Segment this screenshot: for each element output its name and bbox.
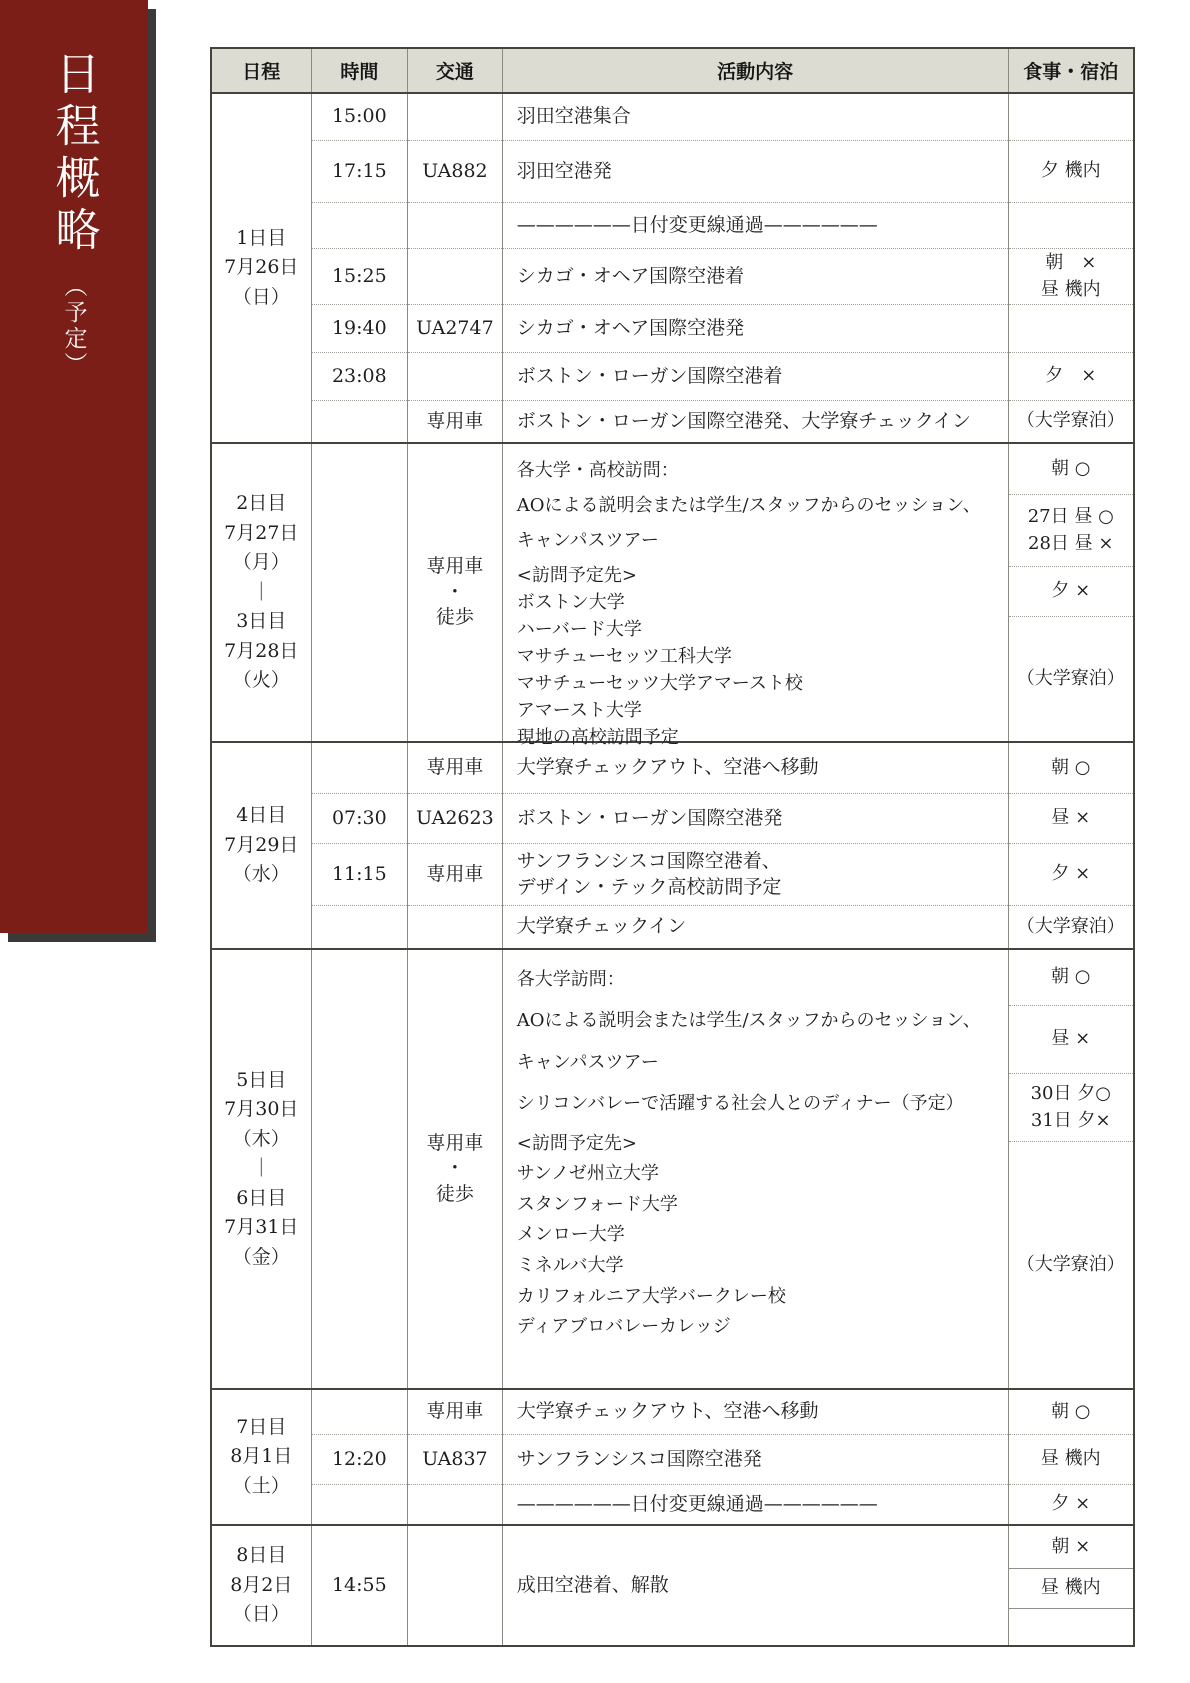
- date-column: 8日目 8月2日 （日）: [212, 1526, 312, 1645]
- document-page: 日程概略 （予定） 日程 時間 交通 活動内容 食事・宿泊 1日目 7月26日 …: [0, 0, 1190, 1683]
- activity-title: 各大学訪問：: [517, 959, 996, 1000]
- day-group-1: 1日目 7月26日 （日） 15:00 17:15 15:25 19:40 23…: [212, 94, 1133, 444]
- activity-cell: シカゴ・オヘア国際空港着: [503, 248, 1008, 304]
- time-cell: [312, 1484, 408, 1524]
- activity-column: 羽田空港集合 羽田空港発 ——————日付変更線通過—————— シカゴ・オヘア…: [503, 94, 1009, 442]
- transport-column: UA882 UA2747 専用車: [408, 94, 503, 442]
- activity-column: 大学寮チェックアウト、空港へ移動 サンフランシスコ国際空港発 ——————日付変…: [503, 1390, 1009, 1524]
- activity-cell: 成田空港着、解散: [503, 1526, 1008, 1645]
- time-cell: 07:30: [312, 793, 408, 843]
- transport-cell: [408, 202, 502, 248]
- activity-visit-list: <訪問予定先> サンノゼ州立大学 スタンフォード大学 メンロー大学 ミネルバ大学…: [517, 1129, 996, 1343]
- transport-column: 専用車 ・ 徒歩: [408, 950, 503, 1388]
- transport-cell: [408, 1484, 502, 1524]
- date-column: 5日目 7月30日 （木） ｜ 6日目 7月31日 （金）: [212, 950, 312, 1388]
- date-column: 7日目 8月1日 （土）: [212, 1390, 312, 1524]
- sidebar-banner: 日程概略 （予定）: [0, 0, 148, 933]
- activity-title: 各大学・高校訪問：: [517, 453, 996, 488]
- time-cell: [312, 202, 408, 248]
- meal-cell: 昼 ×: [1009, 793, 1133, 843]
- date-cell: 8日目 8月2日 （日）: [212, 1526, 311, 1645]
- lodging-cell: （大学寮泊）: [1009, 1141, 1133, 1388]
- transport-cell: UA882: [408, 140, 502, 202]
- activity-column: 各大学・高校訪問： AOによる説明会または学生/スタッフからのセッション、キャン…: [503, 444, 1009, 741]
- lodging-cell: （大学寮泊）: [1009, 905, 1133, 948]
- page-title: 日程概略: [42, 50, 107, 258]
- header-activity: 活動内容: [503, 49, 1009, 92]
- meal-cell: 朝 ○: [1009, 444, 1133, 494]
- transport-cell: 専用車 ・ 徒歩: [408, 444, 502, 741]
- date-cell: 2日目 7月27日 （月） ｜ 3日目 7月28日 （火）: [212, 444, 311, 741]
- meal-cell: 昼 機内: [1009, 1434, 1133, 1484]
- activity-cell: サンフランシスコ国際空港発: [503, 1434, 1008, 1484]
- time-cell: 14:55: [312, 1526, 408, 1645]
- activity-cell: 大学寮チェックアウト、空港へ移動: [503, 743, 1008, 793]
- transport-cell: [408, 905, 502, 948]
- time-cell: 12:20: [312, 1434, 408, 1484]
- transport-cell: UA2747: [408, 304, 502, 352]
- meal-cell: [1009, 1608, 1133, 1645]
- meal-cell: 昼 機内: [1009, 1568, 1133, 1608]
- time-cell: 15:25: [312, 248, 408, 304]
- transport-cell: [408, 352, 502, 400]
- transport-cell: 専用車: [408, 1390, 502, 1434]
- activity-column: 成田空港着、解散: [503, 1526, 1009, 1645]
- itinerary-table: 日程 時間 交通 活動内容 食事・宿泊 1日目 7月26日 （日） 15:00 …: [210, 47, 1135, 1647]
- time-column: 14:55: [312, 1526, 409, 1645]
- activity-description: AOによる説明会または学生/スタッフからのセッション、キャンパスツアー: [517, 1000, 996, 1083]
- day-group-4: 4日目 7月29日 （水） 07:30 11:15 専用車 UA2623 専用車…: [212, 743, 1133, 950]
- activity-cell: 羽田空港発: [503, 140, 1008, 202]
- activity-cell: 羽田空港集合: [503, 94, 1008, 140]
- transport-cell: 専用車: [408, 743, 502, 793]
- transport-column: 専用車 ・ 徒歩: [408, 444, 503, 741]
- activity-cell: サンフランシスコ国際空港着、 デザイン・テック高校訪問予定: [503, 843, 1008, 905]
- time-column: 12:20: [312, 1390, 409, 1524]
- activity-cell: ボストン・ローガン国際空港発: [503, 793, 1008, 843]
- meal-cell: [1009, 94, 1133, 140]
- activity-dinner-note: シリコンバレーで活躍する社会人とのディナー（予定）: [517, 1083, 996, 1124]
- transport-column: 専用車 UA2623 専用車: [408, 743, 503, 948]
- time-cell: 23:08: [312, 352, 408, 400]
- date-column: 2日目 7月27日 （月） ｜ 3日目 7月28日 （火）: [212, 444, 312, 741]
- transport-cell: [408, 1526, 502, 1645]
- time-column: [312, 950, 409, 1388]
- meal-column: 朝 ○ 昼 機内 夕 ×: [1009, 1390, 1133, 1524]
- time-column: [312, 444, 409, 741]
- meal-column: 朝 ○ 昼 × 夕 × （大学寮泊）: [1009, 743, 1133, 948]
- activity-cell: シカゴ・オヘア国際空港発: [503, 304, 1008, 352]
- time-cell: [312, 950, 408, 1388]
- transport-cell: [408, 94, 502, 140]
- meal-cell: [1009, 304, 1133, 352]
- activity-cell: 各大学・高校訪問： AOによる説明会または学生/スタッフからのセッション、キャン…: [503, 444, 1008, 751]
- meal-cell: 夕 ×: [1009, 1484, 1133, 1524]
- day-group-7: 7日目 8月1日 （土） 12:20 専用車 UA837 大学寮チェックアウト、…: [212, 1390, 1133, 1526]
- time-cell: [312, 743, 408, 793]
- transport-cell: [408, 248, 502, 304]
- header-meals: 食事・宿泊: [1009, 49, 1133, 92]
- header-time: 時間: [312, 49, 409, 92]
- date-cell: 7日目 8月1日 （土）: [212, 1390, 311, 1524]
- activity-cell: 大学寮チェックイン: [503, 905, 1008, 948]
- meal-cell: [1009, 202, 1133, 248]
- activity-cell: ——————日付変更線通過——————: [503, 202, 1008, 248]
- date-cell: 5日目 7月30日 （木） ｜ 6日目 7月31日 （金）: [212, 950, 311, 1388]
- meal-cell: 27日 昼 ○ 28日 昼 ×: [1009, 494, 1133, 566]
- time-cell: [312, 905, 408, 948]
- transport-cell: UA2623: [408, 793, 502, 843]
- activity-column: 各大学訪問： AOによる説明会または学生/スタッフからのセッション、キャンパスツ…: [503, 950, 1009, 1388]
- time-column: 15:00 17:15 15:25 19:40 23:08: [312, 94, 409, 442]
- transport-cell: UA837: [408, 1434, 502, 1484]
- meal-cell: 夕 ×: [1009, 566, 1133, 616]
- page-subtitle: （予定）: [58, 274, 91, 378]
- sidebar-text: 日程概略 （予定）: [0, 50, 148, 378]
- day-group-2-3: 2日目 7月27日 （月） ｜ 3日目 7月28日 （火） 専用車 ・ 徒歩 各…: [212, 444, 1133, 743]
- activity-visit-list: <訪問予定先> ボストン大学 ハーバード大学 マサチューセッツ工科大学 マサチュ…: [517, 562, 996, 751]
- table-header-row: 日程 時間 交通 活動内容 食事・宿泊: [212, 49, 1133, 94]
- header-transport: 交通: [408, 49, 503, 92]
- time-column: 07:30 11:15: [312, 743, 409, 948]
- meal-cell: 昼 ×: [1009, 1005, 1133, 1073]
- meal-cell: 朝 ○: [1009, 950, 1133, 1005]
- time-cell: 11:15: [312, 843, 408, 905]
- day-group-8: 8日目 8月2日 （日） 14:55 成田空港着、解散 朝 × 昼 機内: [212, 1526, 1133, 1645]
- meal-cell: 朝 × 昼 機内: [1009, 248, 1133, 304]
- header-date: 日程: [212, 49, 312, 92]
- date-cell: 1日目 7月26日 （日）: [212, 94, 311, 442]
- transport-cell: 専用車 ・ 徒歩: [408, 950, 502, 1388]
- activity-cell: 大学寮チェックアウト、空港へ移動: [503, 1390, 1008, 1434]
- activity-description: AOによる説明会または学生/スタッフからのセッション、キャンパスツアー: [517, 488, 996, 558]
- meal-cell: 夕 ×: [1009, 352, 1133, 400]
- day-group-5-6: 5日目 7月30日 （木） ｜ 6日目 7月31日 （金） 専用車 ・ 徒歩 各…: [212, 950, 1133, 1390]
- date-column: 4日目 7月29日 （水）: [212, 743, 312, 948]
- activity-cell: ボストン・ローガン国際空港着: [503, 352, 1008, 400]
- meal-cell: 朝 ×: [1009, 1526, 1133, 1568]
- meal-cell: 朝 ○: [1009, 743, 1133, 793]
- meal-column: 朝 ○ 27日 昼 ○ 28日 昼 × 夕 × （大学寮泊）: [1009, 444, 1133, 741]
- activity-cell: ——————日付変更線通過——————: [503, 1484, 1008, 1524]
- date-cell: 4日目 7月29日 （水）: [212, 743, 311, 948]
- time-cell: [312, 444, 408, 741]
- date-column: 1日目 7月26日 （日）: [212, 94, 312, 442]
- meal-column: 朝 × 昼 機内: [1009, 1526, 1133, 1645]
- meal-cell: 夕 ×: [1009, 843, 1133, 905]
- transport-column: [408, 1526, 503, 1645]
- activity-cell: 各大学訪問： AOによる説明会または学生/スタッフからのセッション、キャンパスツ…: [503, 950, 1008, 1343]
- transport-cell: 専用車: [408, 400, 502, 442]
- time-cell: [312, 400, 408, 442]
- lodging-cell: （大学寮泊）: [1009, 616, 1133, 741]
- time-cell: [312, 1390, 408, 1434]
- meal-column: 夕 機内 朝 × 昼 機内 夕 × （大学寮泊）: [1009, 94, 1133, 442]
- activity-cell: ボストン・ローガン国際空港発、大学寮チェックイン: [503, 400, 1008, 442]
- meal-cell: （大学寮泊）: [1009, 400, 1133, 442]
- activity-column: 大学寮チェックアウト、空港へ移動 ボストン・ローガン国際空港発 サンフランシスコ…: [503, 743, 1009, 948]
- time-cell: 15:00: [312, 94, 408, 140]
- transport-column: 専用車 UA837: [408, 1390, 503, 1524]
- meal-cell: 朝 ○: [1009, 1390, 1133, 1434]
- time-cell: 17:15: [312, 140, 408, 202]
- time-cell: 19:40: [312, 304, 408, 352]
- meal-cell: 夕 機内: [1009, 140, 1133, 202]
- meal-column: 朝 ○ 昼 × 30日 夕○ 31日 夕× （大学寮泊）: [1009, 950, 1133, 1388]
- meal-cell: 30日 夕○ 31日 夕×: [1009, 1073, 1133, 1141]
- transport-cell: 専用車: [408, 843, 502, 905]
